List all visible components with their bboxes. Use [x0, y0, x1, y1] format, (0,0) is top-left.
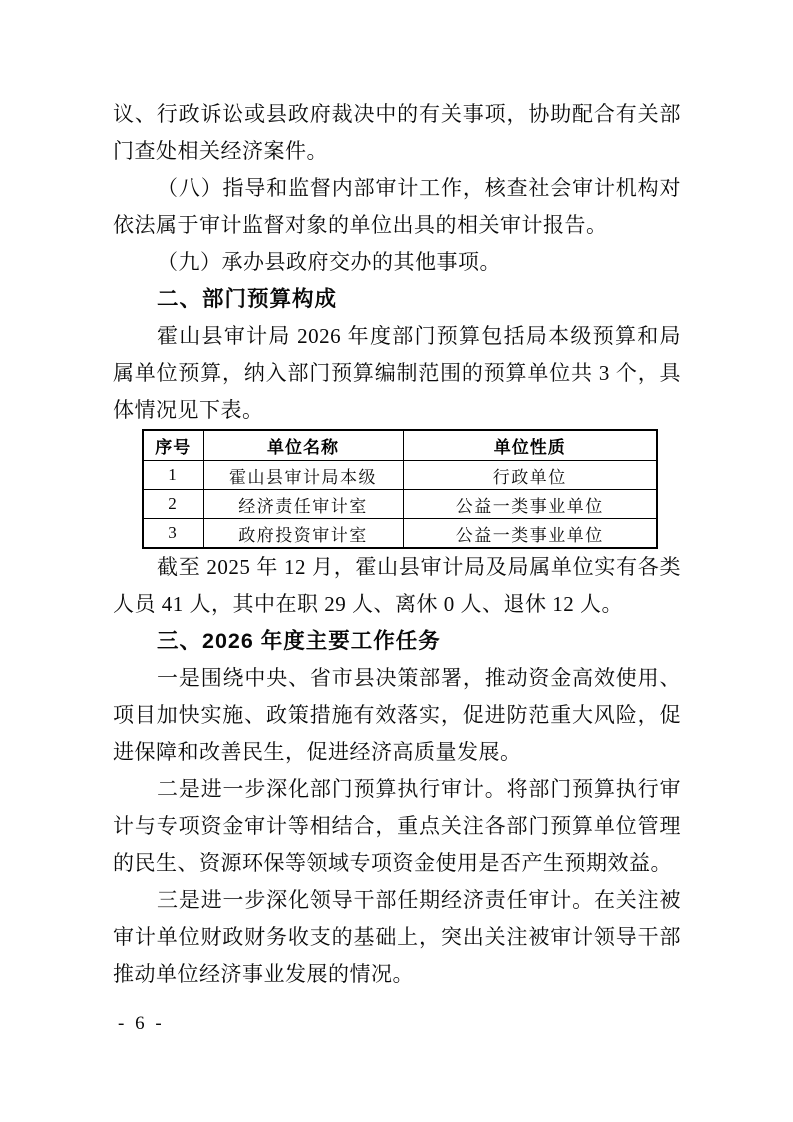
section-heading: 三、2026 年度主要工作任务: [113, 623, 681, 660]
paragraph-line: 议、行政诉讼或县政府裁决中的有关事项，协助配合有关部: [113, 96, 681, 133]
paragraph-line: 审计单位财政财务收支的基础上，突出关注被审计领导干部: [113, 919, 681, 956]
table-cell: 公益一类事业单位: [403, 490, 657, 519]
table-row: 2经济责任审计室公益一类事业单位: [143, 490, 657, 519]
document-page: 议、行政诉讼或县政府裁决中的有关事项，协助配合有关部门查处相关经济案件。（八）指…: [0, 0, 793, 1122]
paragraph-line: 进保障和改善民生，促进经济高质量发展。: [113, 734, 681, 771]
table-cell: 公益一类事业单位: [403, 519, 657, 549]
table-cell: 行政单位: [403, 461, 657, 490]
paragraph-line: 项目加快实施、政策措施有效落实，促进防范重大风险，促: [113, 697, 681, 734]
paragraph-line: 的民生、资源环保等领域专项资金使用是否产生预期效益。: [113, 845, 681, 882]
paragraph-line: （九）承办县政府交办的其他事项。: [113, 244, 681, 281]
table-header-cell: 单位性质: [403, 430, 657, 461]
table-row: 1霍山县审计局本级行政单位: [143, 461, 657, 490]
paragraph: 三是进一步深化领导干部任期经济责任审计。在关注被审计单位财政财务收支的基础上，突…: [113, 882, 681, 993]
paragraph-line: 三是进一步深化领导干部任期经济责任审计。在关注被: [113, 882, 681, 919]
table-header-row: 序号单位名称单位性质: [143, 430, 657, 461]
paragraph-line: 霍山县审计局 2026 年度部门预算包括局本级预算和局: [113, 318, 681, 355]
paragraph: 二是进一步深化部门预算执行审计。将部门预算执行审计与专项资金审计等相结合，重点关…: [113, 771, 681, 882]
paragraph: （九）承办县政府交办的其他事项。: [113, 244, 681, 281]
document-content: 议、行政诉讼或县政府裁决中的有关事项，协助配合有关部门查处相关经济案件。（八）指…: [113, 96, 681, 993]
table-cell: 2: [143, 490, 203, 519]
paragraph-line: 截至 2025 年 12 月，霍山县审计局及局属单位实有各类: [113, 549, 681, 586]
paragraph-line: 二是进一步深化部门预算执行审计。将部门预算执行审: [113, 771, 681, 808]
table-cell: 霍山县审计局本级: [203, 461, 403, 490]
table-header-cell: 序号: [143, 430, 203, 461]
paragraph: 一是围绕中央、省市县决策部署，推动资金高效使用、项目加快实施、政策措施有效落实，…: [113, 660, 681, 771]
paragraph-line: 一是围绕中央、省市县决策部署，推动资金高效使用、: [113, 660, 681, 697]
paragraph: （八）指导和监督内部审计工作，核查社会审计机构对依法属于审计监督对象的单位出具的…: [113, 170, 681, 244]
paragraph: 霍山县审计局 2026 年度部门预算包括局本级预算和局属单位预算，纳入部门预算编…: [113, 318, 681, 429]
paragraph-line: （八）指导和监督内部审计工作，核查社会审计机构对: [113, 170, 681, 207]
units-table: 序号单位名称单位性质1霍山县审计局本级行政单位2经济责任审计室公益一类事业单位3…: [142, 429, 658, 549]
paragraph-line: 体情况见下表。: [113, 392, 681, 429]
paragraph-line: 计与专项资金审计等相结合，重点关注各部门预算单位管理: [113, 808, 681, 845]
paragraph-line: 门查处相关经济案件。: [113, 133, 681, 170]
table-cell: 政府投资审计室: [203, 519, 403, 549]
paragraph: 议、行政诉讼或县政府裁决中的有关事项，协助配合有关部门查处相关经济案件。: [113, 96, 681, 170]
page-number: - 6 -: [118, 1013, 165, 1035]
section-heading: 二、部门预算构成: [113, 281, 681, 318]
paragraph-line: 属单位预算，纳入部门预算编制范围的预算单位共 3 个，具: [113, 355, 681, 392]
table-cell: 1: [143, 461, 203, 490]
table-cell: 3: [143, 519, 203, 549]
table-header-cell: 单位名称: [203, 430, 403, 461]
paragraph-line: 依法属于审计监督对象的单位出具的相关审计报告。: [113, 207, 681, 244]
table-row: 3政府投资审计室公益一类事业单位: [143, 519, 657, 549]
table-cell: 经济责任审计室: [203, 490, 403, 519]
paragraph: 截至 2025 年 12 月，霍山县审计局及局属单位实有各类人员 41 人，其中…: [113, 549, 681, 623]
paragraph-line: 推动单位经济事业发展的情况。: [113, 956, 681, 993]
paragraph-line: 人员 41 人，其中在职 29 人、离休 0 人、退休 12 人。: [113, 586, 681, 623]
